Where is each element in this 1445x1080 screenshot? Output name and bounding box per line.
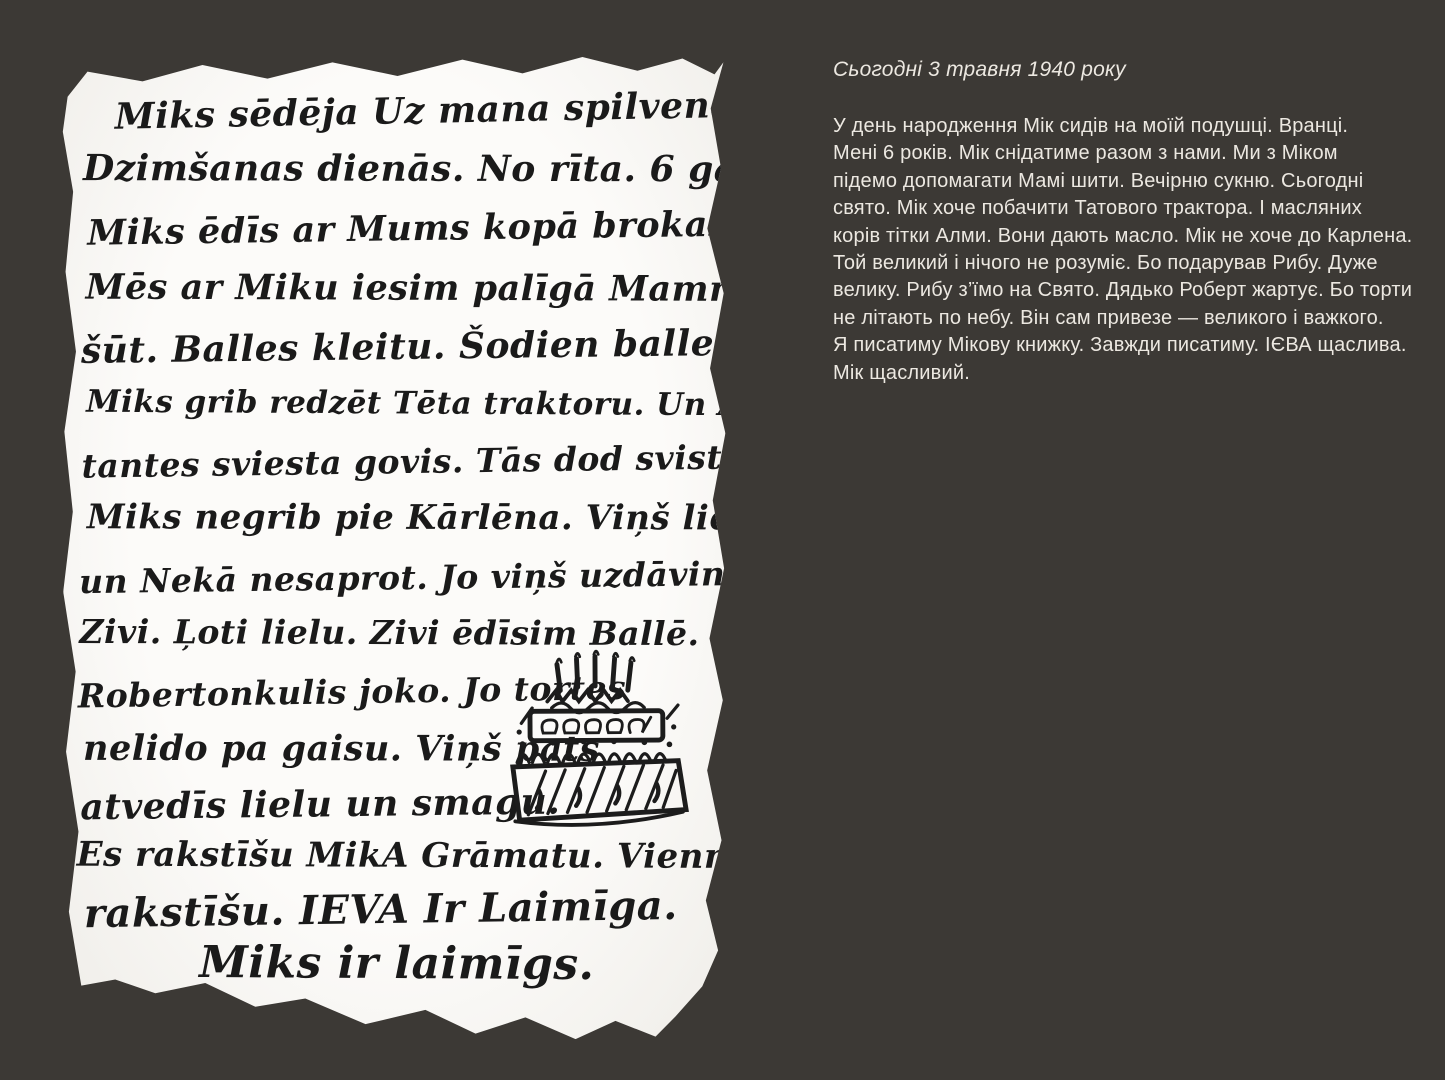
entry-date-title: Сьогодні 3 травня 1940 року xyxy=(833,57,1418,83)
note-line: rakstīšu. IEVA Ir Laimīga. xyxy=(84,882,678,937)
note-line: Miks ir laimīgs. xyxy=(199,937,595,990)
note-line: Mēs ar Miku iesim palīgā Mammai xyxy=(86,267,784,310)
note-line: Es rakstīšu MikA Grāmatu. Vienmēr xyxy=(77,835,781,877)
translation-line: велику. Рибу з’їмо на Свято. Дядько Робе… xyxy=(833,277,1418,304)
note-line: atvedīs lielu un smagu. xyxy=(80,780,560,828)
translation-panel: Сьогодні 3 травня 1940 року У день народ… xyxy=(833,57,1418,387)
translation-line: Я писатиму Мікову книжку. Завжди писатим… xyxy=(833,332,1418,359)
translation-line: підемо допомагати Мамі шити. Вечірню сук… xyxy=(833,168,1418,195)
translation-line: свято. Мік хоче побачити Татового тракто… xyxy=(833,195,1418,222)
translation-paragraph: У день народження Мік сидів на моїй поду… xyxy=(833,113,1418,387)
note-line: Miks sēdēja Uz mana spilvena xyxy=(114,84,734,138)
note-line: Dzimšanas dienās. No rīta. 6 gadi. xyxy=(83,147,791,190)
translation-line: Мік щасливий. xyxy=(833,360,1418,387)
translation-line: Мені 6 років. Мік снідатиме разом з нами… xyxy=(833,140,1418,167)
note-line: Miks negrib pie Kārlēna. Viņš liels xyxy=(87,497,765,538)
note-line: tantes sviesta govis. Tās dod svistu. xyxy=(81,437,758,485)
handwritten-note: Miks sēdēja Uz mana spilvena Dzimšanas d… xyxy=(52,48,742,1052)
note-line: Miks ēdīs ar Mums kopā brokastis. xyxy=(87,203,792,254)
note-line: Miks grib redzēt Tēta traktoru. Un Almas xyxy=(86,384,827,424)
translation-line: не літають по небу. Він сам привезе — ве… xyxy=(833,305,1418,332)
note-line: Zivi. Ļoti lielu. Zivi ēdīsim Ballē. xyxy=(79,612,699,653)
note-line: šūt. Balles kleitu. Šodien balle. xyxy=(81,322,728,372)
translation-line: Той великий і нічого не розуміє. Бо пода… xyxy=(833,250,1418,277)
note-line: un Nekā nesaprot. Jo viņš uzdāvināja xyxy=(79,554,782,602)
translation-line: корів тітки Алми. Вони дають масло. Мік … xyxy=(833,223,1418,250)
birthday-cake-icon xyxy=(504,648,690,834)
translation-line: У день народження Мік сидів на моїй поду… xyxy=(833,113,1418,140)
